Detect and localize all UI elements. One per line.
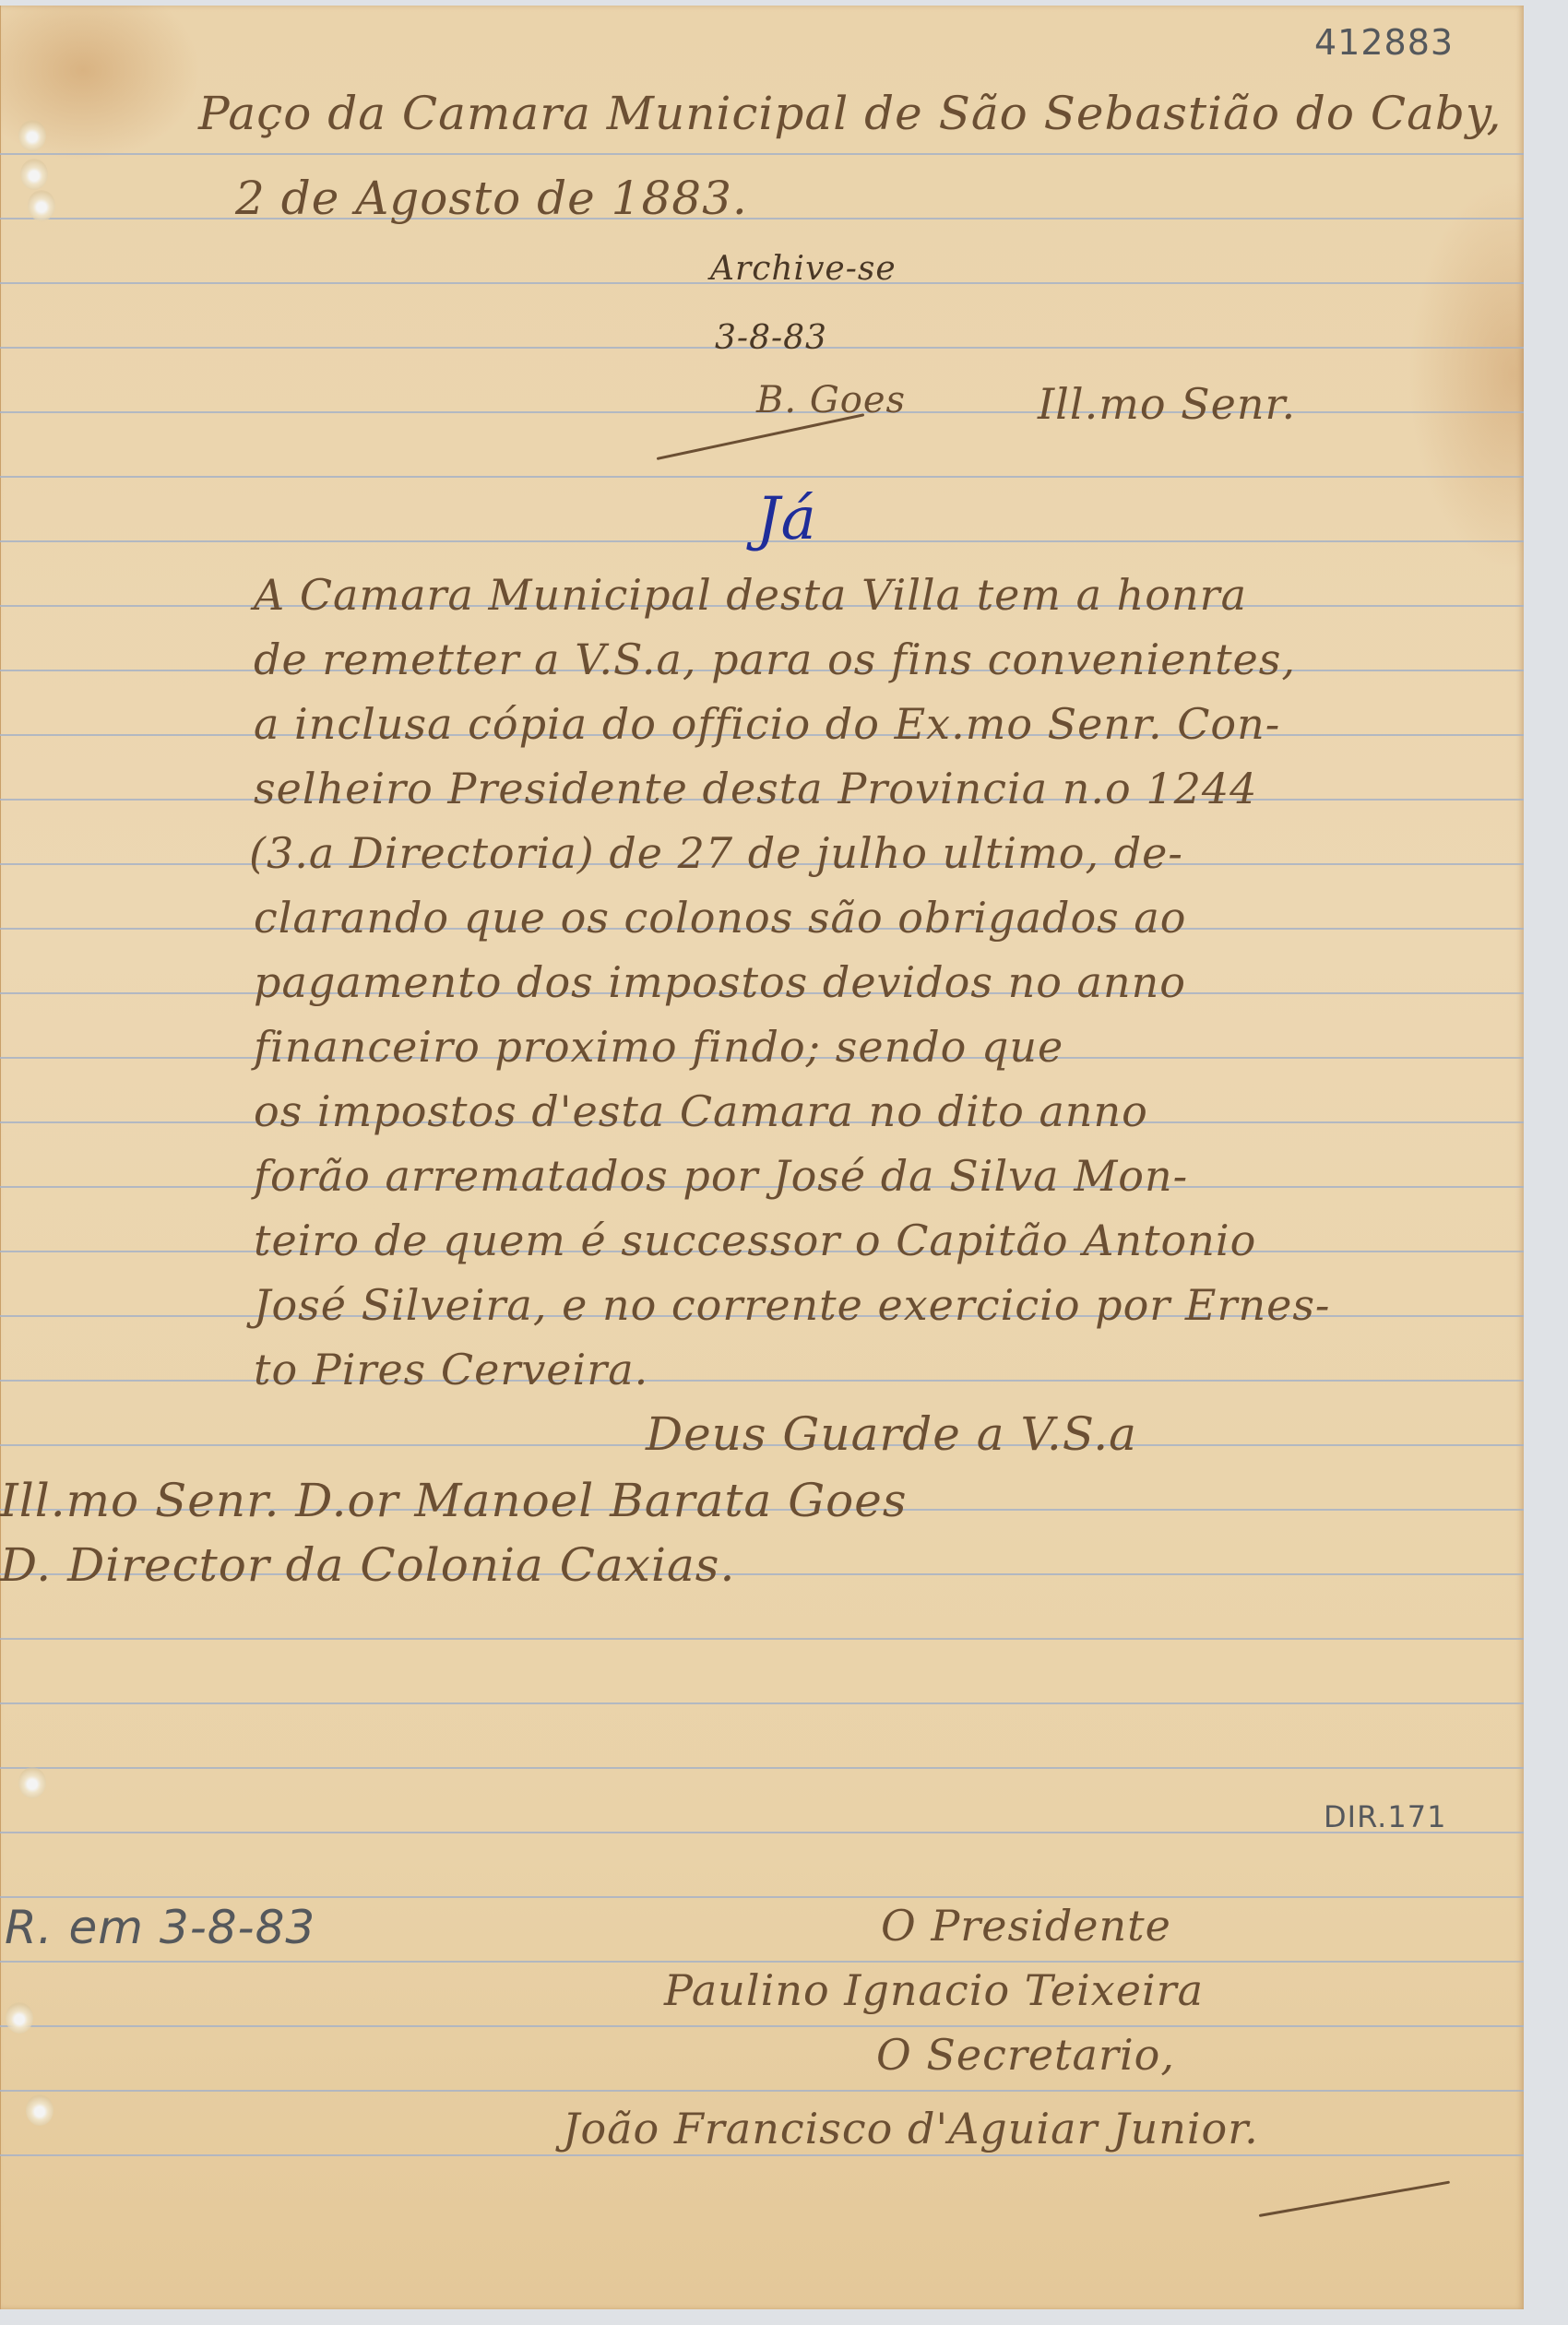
document-page: 412883 Paço da Camara Municipal de São S… <box>0 6 1524 2309</box>
ruled-line <box>0 1380 1524 1382</box>
secretary-signature: João Francisco d'Aguiar Junior. <box>563 2104 1259 2153</box>
addressee-title: D. Director da Colonia Caxias. <box>0 1538 735 1592</box>
ruled-line <box>0 476 1524 478</box>
binding-hole <box>20 159 48 190</box>
receipt-note: R. em 3-8-83 <box>5 1901 315 1954</box>
body-line: a inclusa cópia do officio do Ex.mo Senr… <box>254 699 1280 749</box>
secretary-title: O Secretario, <box>876 2030 1175 2080</box>
ruled-line <box>0 1896 1524 1898</box>
archive-number: 412883 <box>1314 22 1454 63</box>
president-title: O Presidente <box>881 1901 1171 1951</box>
dispatch-date: 3-8-83 <box>715 319 827 357</box>
body-line: (3.a Directoria) de 27 de julho ultimo, … <box>249 828 1183 878</box>
body-line: José Silveira, e no corrente exercicio p… <box>254 1280 1330 1330</box>
ruled-line <box>0 1702 1524 1704</box>
body-line: de remetter a V.S.a, para os fins conven… <box>254 635 1296 684</box>
signature-flourish <box>1259 2181 1450 2217</box>
ruled-line <box>0 153 1524 155</box>
body-line: os impostos d'esta Camara no dito anno <box>254 1086 1148 1136</box>
body-line: A Camara Municipal desta Villa tem a hon… <box>254 570 1247 620</box>
ruled-line <box>0 2025 1524 2027</box>
binding-hole <box>18 1767 46 1798</box>
ruled-line <box>0 1961 1524 1963</box>
body-line: teiro de quem é successor o Capitão Anto… <box>254 1216 1256 1265</box>
body-line: selheiro Presidente desta Provincia n.o … <box>254 764 1257 813</box>
binding-hole <box>26 2094 53 2126</box>
blue-annotation: Já <box>756 485 817 553</box>
ruled-line <box>0 1767 1524 1769</box>
ruled-line <box>0 218 1524 219</box>
body-line: to Pires Cerveira. <box>254 1345 648 1394</box>
binding-hole <box>6 2002 33 2034</box>
ruled-line <box>0 2090 1524 2092</box>
heading-date: 2 de Agosto de 1883. <box>235 172 748 225</box>
reference-code: DIR.171 <box>1324 1799 1446 1834</box>
salutation: Ill.mo Senr. <box>1038 379 1296 429</box>
ruled-line <box>0 1638 1524 1640</box>
ruled-line <box>0 2154 1524 2156</box>
president-signature: Paulino Ignacio Teixeira <box>664 1965 1204 2015</box>
dispatch-initials: B. Goes <box>756 379 906 421</box>
body-line: forão arrematados por José da Silva Mon- <box>254 1151 1188 1201</box>
ruled-line <box>0 1832 1524 1833</box>
binding-hole <box>18 120 46 151</box>
body-line: clarando que os colonos são obrigados ao <box>254 893 1187 943</box>
archive-instruction: Archive-se <box>710 250 897 288</box>
body-line: financeiro proximo findo; sendo que <box>254 1022 1063 1072</box>
heading-place: Paço da Camara Municipal de São Sebastiã… <box>198 87 1502 140</box>
addressee-name: Ill.mo Senr. D.or Manoel Barata Goes <box>0 1474 908 1527</box>
closing-formula: Deus Guarde a V.S.a <box>646 1407 1137 1461</box>
body-line: pagamento dos impostos devidos no anno <box>254 957 1186 1007</box>
binding-hole <box>28 190 55 221</box>
